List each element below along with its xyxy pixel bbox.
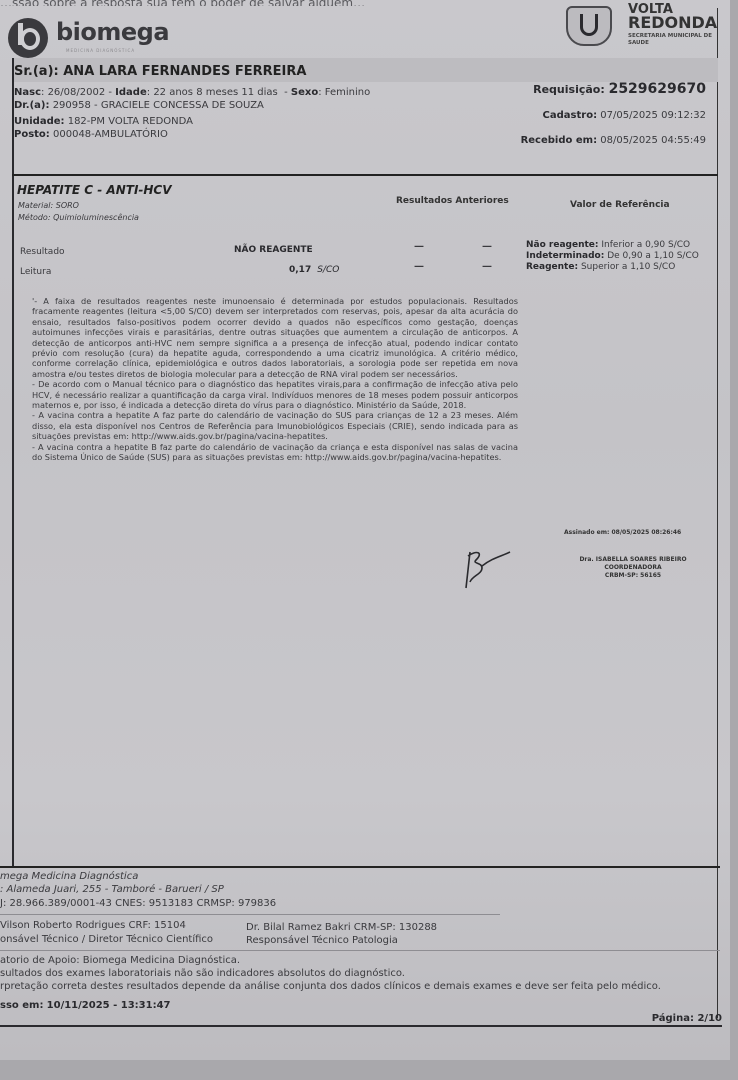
requesting-doctor: Dr.(a): 290958 - GRACIELE CONCESSA DE SO… <box>14 100 264 112</box>
result-value: NÃO REAGENTE <box>234 245 313 255</box>
signed-at: Assinado em: 08/05/2025 08:26:46 <box>564 529 681 536</box>
bleed-through-text: …ssão sobre a resposta sua tem o poder d… <box>0 0 420 6</box>
previous-results-header: Resultados Anteriores <box>396 196 509 206</box>
footer-company: mega Medicina Diagnóstica <box>0 871 138 883</box>
footer-resp1-role: onsável Técnico / Diretor Técnico Cientí… <box>0 934 213 946</box>
left-border <box>12 58 14 866</box>
exam-method: Método: Quimioluminescência <box>18 213 139 222</box>
previous-reading-1: — <box>414 261 424 272</box>
note-paragraph: '- A faixa de resultados reagentes neste… <box>32 296 518 379</box>
city-crest-icon <box>566 6 612 46</box>
footer-ids: J: 28.966.389/0001-43 CNES: 9513183 CRMS… <box>0 898 276 910</box>
reference-non-reactive: Não reagente: Inferior a 0,90 S/CO <box>526 240 706 251</box>
note-paragraph: - De acordo com o Manual técnico para o … <box>32 379 518 410</box>
unit: Unidade: 182-PM VOLTA REDONDA <box>14 116 193 128</box>
bottom-divider <box>0 1025 722 1027</box>
biomega-logo-icon <box>8 18 48 58</box>
reading-value: 0,17S/CO <box>289 265 339 275</box>
requisition-number: Requisição: 2529629670 <box>533 81 706 97</box>
biomega-logo: biomega MEDICINA DIAGNÓSTICA <box>8 18 178 60</box>
reading-label: Leitura <box>20 267 51 277</box>
reference-header: Valor de Referência <box>570 200 670 210</box>
received-date: Recebido em: 08/05/2025 04:55:49 <box>521 135 706 146</box>
signature-icon <box>462 548 512 590</box>
result-label: Resultado <box>20 247 65 257</box>
exam-title: HEPATITE C - ANTI-HCV <box>17 183 172 197</box>
exam-notes: '- A faixa de resultados reagentes neste… <box>32 296 518 463</box>
footer-divider <box>0 866 720 868</box>
footer-disclaimer-1: sultados dos exames laboratoriais não sã… <box>0 968 405 980</box>
note-paragraph: - A vacina contra a hepatite A faz parte… <box>32 410 518 441</box>
previous-result-2: — <box>482 241 492 252</box>
footer-separator <box>0 950 720 951</box>
previous-result-1: — <box>414 241 424 252</box>
note-paragraph: - A vacina contra a hepatite B faz parte… <box>32 442 518 463</box>
exam-material: Material: SORO <box>18 201 79 210</box>
signer-name: Dra. ISABELLA SOARES RIBEIRO <box>560 556 706 564</box>
patient-demographics: Nasc: 26/08/2002 - Idade: 22 anos 8 mese… <box>14 87 370 99</box>
lab-report-page: …ssão sobre a resposta sua tem o poder d… <box>0 0 730 1060</box>
reference-reactive: Reagente: Superior a 1,10 S/CO <box>526 262 706 273</box>
footer-resp1-name: Vilson Roberto Rodrigues CRF: 15104 <box>0 920 186 932</box>
reference-values: Não reagente: Inferior a 0,90 S/CO Indet… <box>526 240 706 273</box>
signer-registry: CRBM-SP: 56165 <box>560 572 706 580</box>
footer-support-lab: atorio de Apoio: Biomega Medicina Diagnó… <box>0 955 240 967</box>
reference-indeterminate: Indeterminado: De 0,90 a 1,10 S/CO <box>526 251 706 262</box>
section-divider <box>12 174 718 176</box>
footer-address: : Alameda Juari, 255 - Tamboré - Barueri… <box>0 884 224 896</box>
lab-tagline: MEDICINA DIAGNÓSTICA <box>66 48 135 53</box>
volta-redonda-logo: VOLTA REDONDA SECRETARIA MUNICIPAL DE SA… <box>566 4 718 52</box>
footer-disclaimer-2: rpretação correta destes resultados depe… <box>0 981 661 993</box>
page-number: Página: 2/10 <box>652 1013 722 1024</box>
partner-sub: SECRETARIA MUNICIPAL DE SAUDE <box>628 33 718 47</box>
previous-reading-2: — <box>482 261 492 272</box>
signer-block: Dra. ISABELLA SOARES RIBEIRO COORDENADOR… <box>560 556 706 580</box>
footer-printed-at: sso em: 10/11/2025 - 13:31:47 <box>0 1000 170 1012</box>
footer-resp2-name: Dr. Bilal Ramez Bakri CRM-SP: 130288 <box>246 922 437 934</box>
footer-separator <box>0 914 500 915</box>
registration-date: Cadastro: 07/05/2025 09:12:32 <box>543 110 706 121</box>
partner-line2: REDONDA <box>628 15 717 31</box>
signer-role: COORDENADORA <box>560 564 706 572</box>
patient-name: Sr.(a): ANA LARA FERNANDES FERREIRA <box>14 64 306 79</box>
lab-name: biomega <box>56 18 169 46</box>
post: Posto: 000048-AMBULATÓRIO <box>14 129 168 141</box>
footer-resp2-role: Responsável Técnico Patologia <box>246 935 398 947</box>
